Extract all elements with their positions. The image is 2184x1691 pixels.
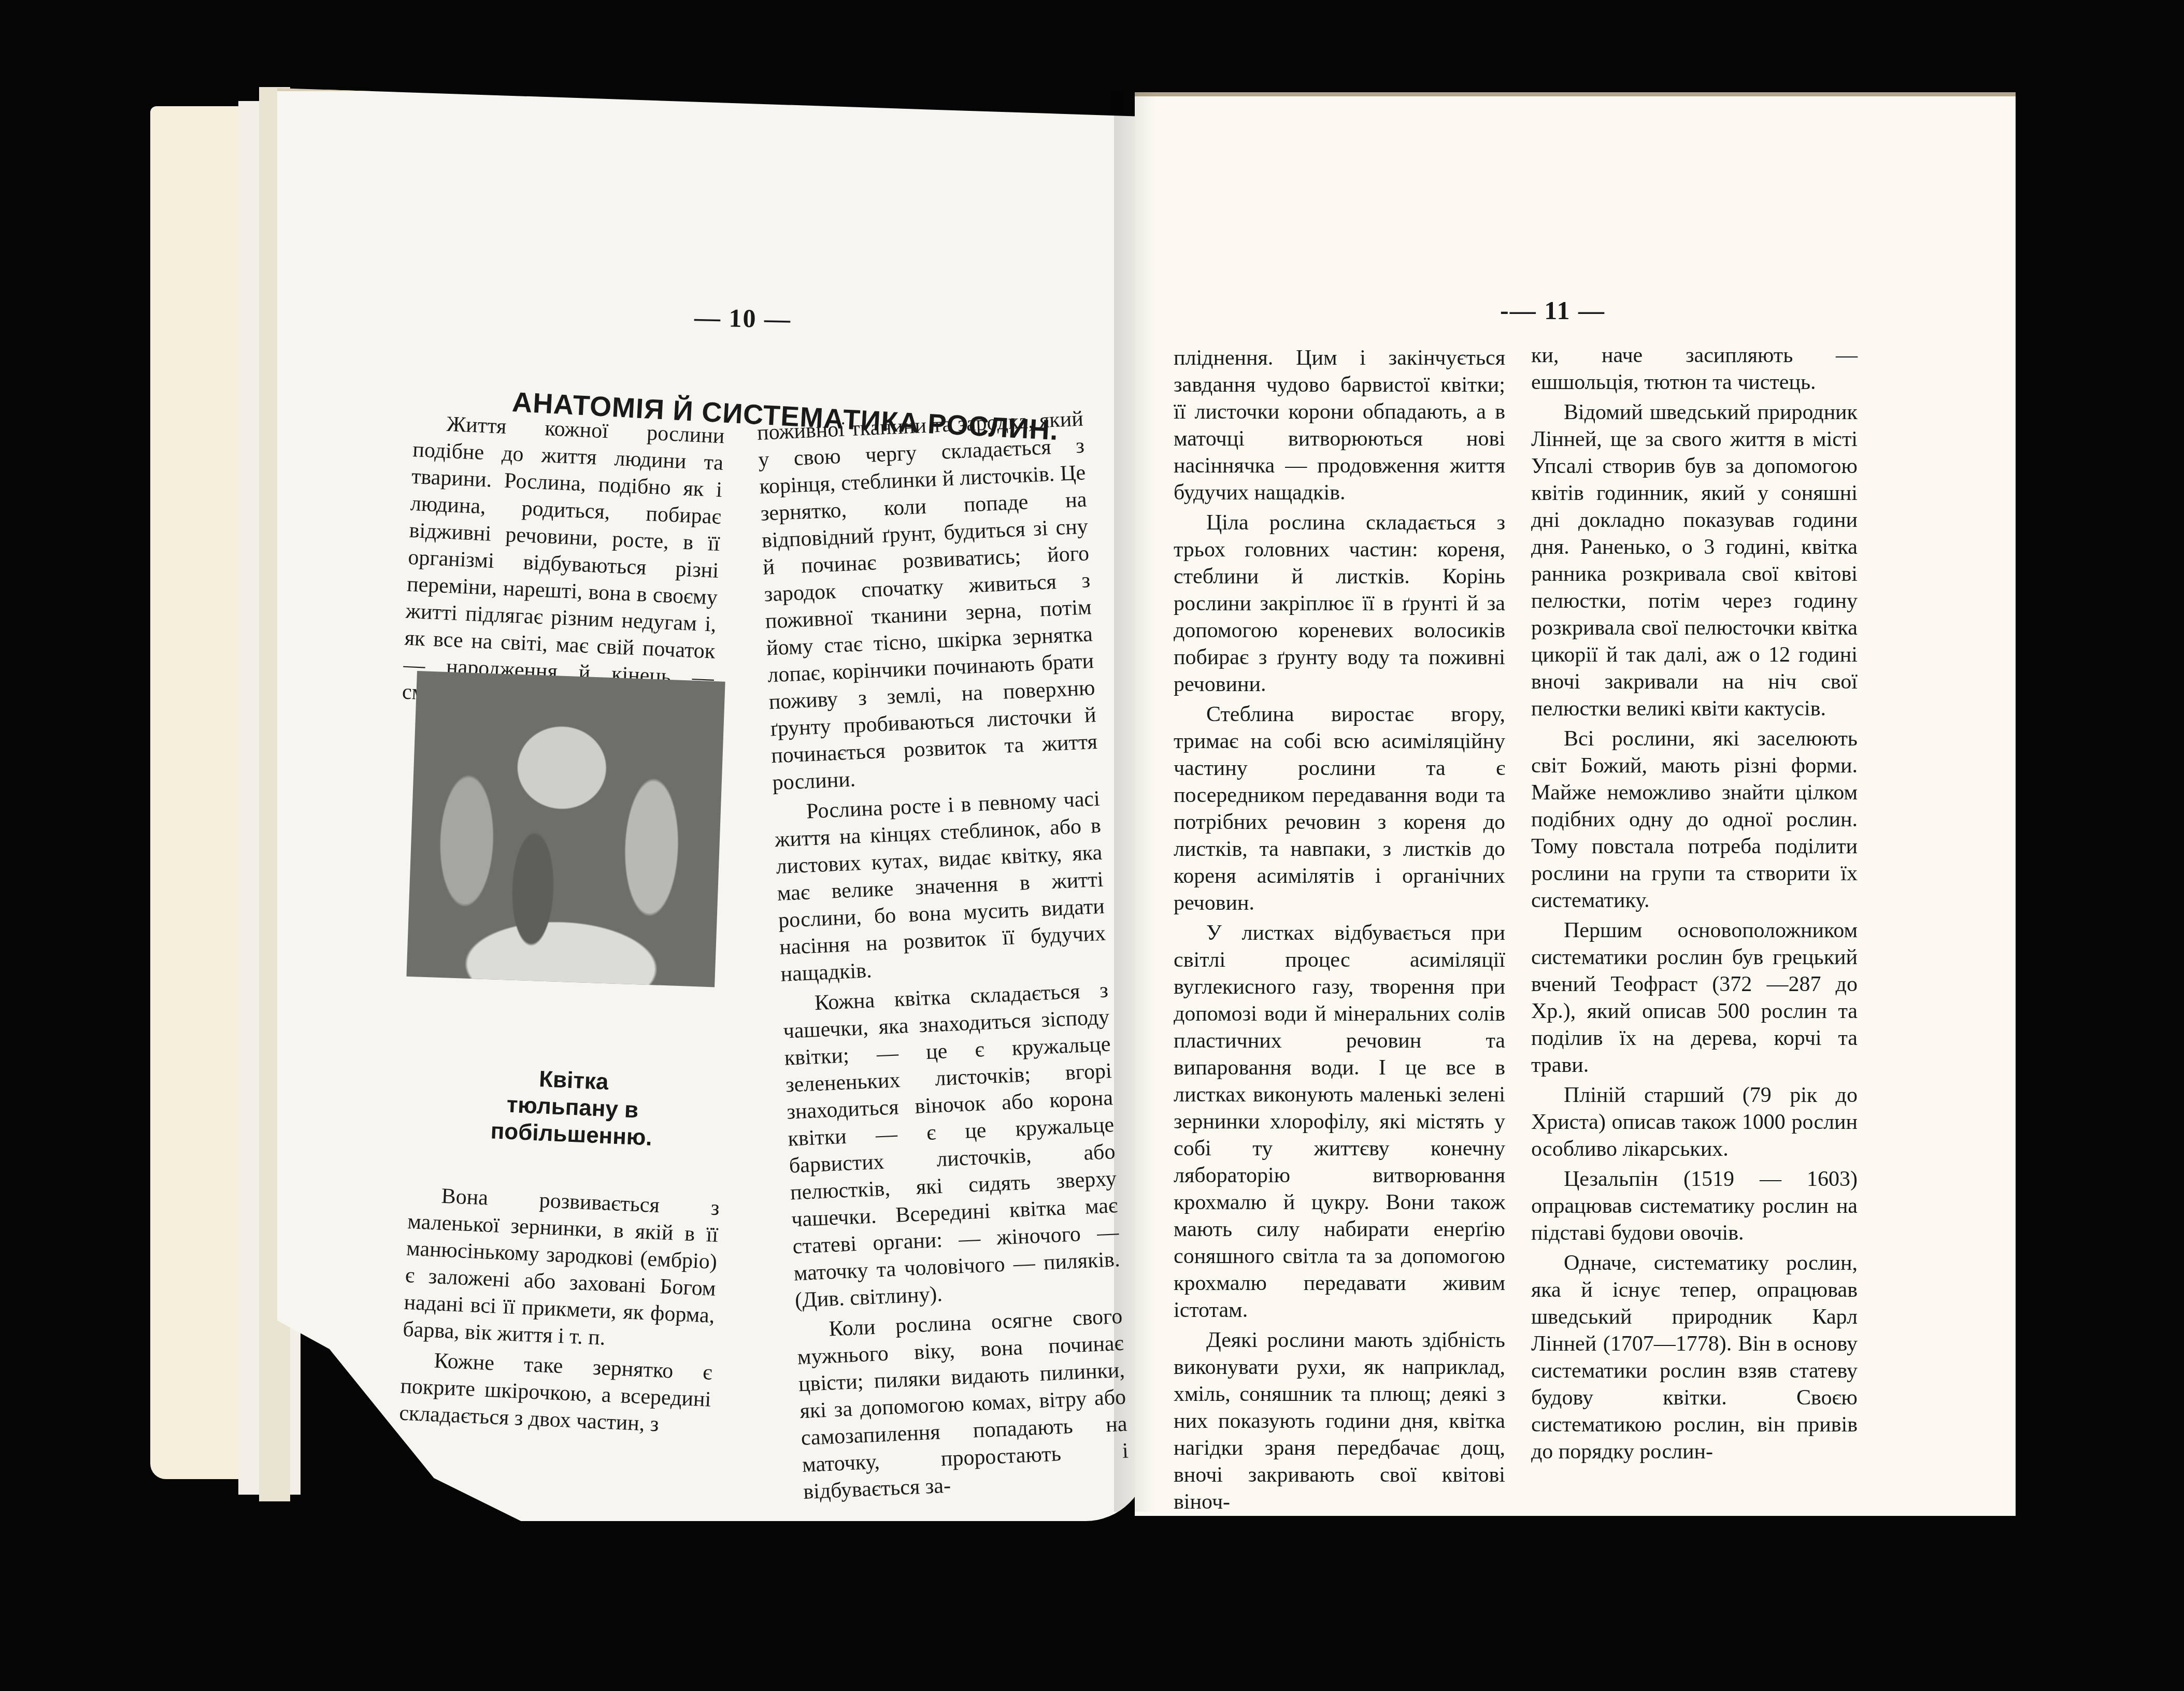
paragraph: Відомий шведський природник Лінней, ще з…: [1531, 399, 1858, 722]
paragraph: Першим основоположником систематики росл…: [1531, 917, 1858, 1079]
left-column-2: поживної тканини та зародка, який у свою…: [756, 406, 1130, 1509]
paragraph: пліднення. Цим і закінчується завдання ч…: [1174, 345, 1505, 506]
paragraph: Кожне таке зернятко є покрите шкірочкою,…: [398, 1346, 712, 1440]
paragraph: У листках відбувається при світлі процес…: [1174, 920, 1505, 1324]
figure-caption: Квітка тюльпану в побільшенню.: [478, 1063, 667, 1152]
paragraph: Стеблина виростає вгору, тримає на собі …: [1174, 701, 1505, 916]
page-number-left: — 10 —: [694, 302, 792, 334]
paragraph: Деякі рослини мають здібність виконувати…: [1174, 1327, 1505, 1515]
paragraph: Рослина росте і в певному часі життя на …: [773, 785, 1107, 988]
paragraph: поживної тканини та зародка, який у свою…: [756, 406, 1099, 797]
right-column-2: ки, наче засипляють — ешшольція, тютюн т…: [1531, 342, 1858, 1468]
page-number-right: -— 11 —: [1500, 295, 1605, 325]
paragraph: Ціла рослина складається з трьох головни…: [1174, 509, 1505, 698]
right-column-1: пліднення. Цим і закінчується завдання ч…: [1174, 345, 1505, 1518]
paragraph: Всі рослини, які заселюють світ Божий, м…: [1531, 725, 1858, 914]
paragraph: Одначе, систематику рослин, яка й існує …: [1531, 1250, 1858, 1465]
paragraph: Вона розвивається з маленької зернинки, …: [402, 1181, 720, 1356]
paragraph: Цезальпін (1519 — 1603) опрацював систем…: [1531, 1166, 1858, 1246]
left-column-1-bottom: Вона розвивається з маленької зернинки, …: [398, 1181, 720, 1443]
paragraph: Коли рослина осягне свого мужнього віку,…: [796, 1303, 1130, 1506]
tulip-photo: [406, 671, 725, 987]
paragraph: ки, наче засипляють — ешшольція, тютюн т…: [1531, 342, 1858, 396]
paragraph: Пліній старший (79 рік до Христа) описав…: [1531, 1082, 1858, 1163]
paragraph: Кожна квітка складається з чашечки, яка …: [781, 977, 1122, 1314]
